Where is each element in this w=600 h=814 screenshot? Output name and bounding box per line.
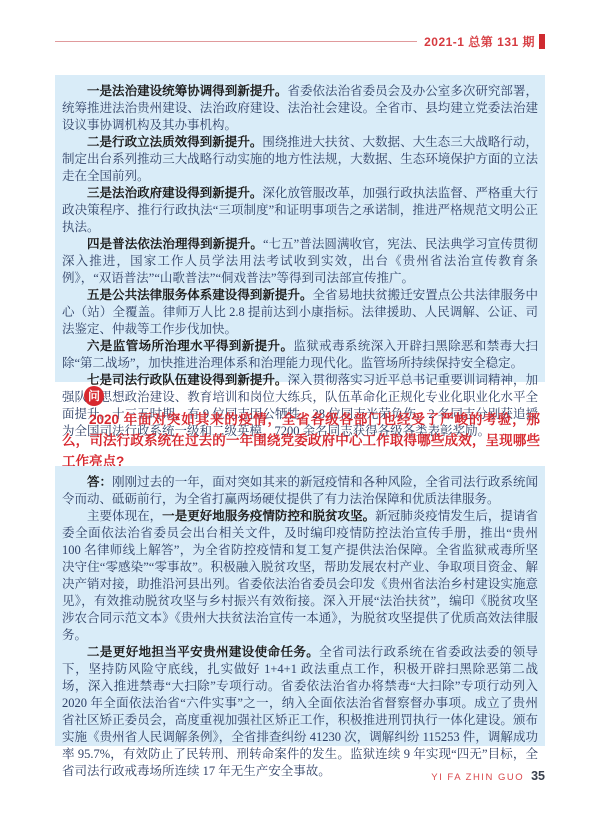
- report-paragraph: 六是监管场所治理水平得到新提升。监狱戒毒系统深入开辟扫黑除恶和禁毒大扫除“第二战…: [62, 338, 538, 372]
- question-text: 2020 年面对突如其来的疫情，全省各级各部门也经受了严峻的考验，那么，司法行政…: [62, 409, 540, 472]
- answer-paragraph: 主要体现在，一是更好地服务疫情防控和脱贫攻坚。新冠肺炎疫情发生后，提请省委全面依…: [62, 508, 538, 644]
- page-number: 35: [531, 769, 545, 783]
- paragraph-prefix: 主要体现在，: [87, 509, 162, 523]
- report-paragraph: 四是普法依法治理得到新提升。“七五”普法圆满收官，宪法、民法典学习宣传贯彻深入推…: [62, 236, 538, 287]
- answer-box: 答：刚刚过去的一年，面对突如其来的新冠疫情和各种风险，全省司法行政系统闻令而动、…: [55, 466, 545, 746]
- paragraph-lead: 三是法治政府建设得到新提升。: [87, 186, 262, 200]
- paragraph-lead: 答：: [87, 475, 112, 489]
- paragraph-body: 新冠肺炎疫情发生后，提请省委全面依法治省委员会出台相关文件，及时编印疫情防控法治…: [62, 509, 538, 642]
- paragraph-lead: 五是公共法律服务体系建设得到新提升。: [87, 288, 313, 302]
- report-paragraph: 二是行政立法质效得到新提升。围绕推进大扶贫、大数据、大生态三大战略行动，制定出台…: [62, 134, 538, 185]
- header-rule: [55, 41, 417, 42]
- paragraph-body: 刚刚过去的一年，面对突如其来的新冠疫情和各种风险，全省司法行政系统闻令而动、砥砺…: [62, 475, 538, 506]
- page-header: 2021-1 总第 131 期: [55, 31, 545, 51]
- paragraph-lead: 二是更好地担当平安贵州建设使命任务。: [87, 645, 319, 659]
- report-paragraph: 一是法治建设统筹协调得到新提升。省委依法治省委员会及办公室多次研究部署，统筹推进…: [62, 83, 538, 134]
- paragraph-lead: 二是行政立法质效得到新提升。: [87, 135, 262, 149]
- page-footer: YI FA ZHIN GUO 35: [431, 769, 545, 783]
- issue-end-block: [539, 34, 545, 49]
- journal-name: YI FA ZHIN GUO: [431, 772, 524, 783]
- report-highlights-box: 一是法治建设统筹协调得到新提升。省委依法治省委员会及办公室多次研究部署，统筹推进…: [55, 75, 545, 382]
- answer-paragraph: 答：刚刚过去的一年，面对突如其来的新冠疫情和各种风险，全省司法行政系统闻令而动、…: [62, 474, 538, 508]
- paragraph-lead: 七是司法行政队伍建设得到新提升。: [87, 373, 287, 387]
- answer-paragraph: 二是更好地担当平安贵州建设使命任务。全省司法行政系统在省委政法委的领导下，坚持防…: [62, 644, 538, 780]
- paragraph-lead: 一是更好地服务疫情防控和脱贫攻坚。: [162, 509, 375, 523]
- magazine-page: 2021-1 总第 131 期 一是法治建设统筹协调得到新提升。省委依法治省委员…: [0, 0, 600, 814]
- issue-label: 2021-1 总第 131 期: [424, 33, 535, 50]
- report-paragraph: 三是法治政府建设得到新提升。深化放管服改革，加强行政执法监督、严格重大行政决策程…: [62, 185, 538, 236]
- question-block: 问 2020 年面对突如其来的疫情，全省各级各部门也经受了严峻的考验，那么，司法…: [62, 386, 540, 472]
- paragraph-lead: 四是普法依法治理得到新提升。: [87, 237, 263, 251]
- paragraph-lead: 一是法治建设统筹协调得到新提升。: [87, 84, 287, 98]
- paragraph-body: 全省司法行政系统在省委政法委的领导下，坚持防风险守底线，扎实做好 1+4+1 政…: [62, 645, 538, 778]
- paragraph-lead: 六是监管场所治理水平得到新提升。: [87, 339, 293, 353]
- question-badge-icon: 问: [84, 386, 104, 406]
- report-paragraph: 五是公共法律服务体系建设得到新提升。全省易地扶贫搬迁安置点公共法律服务中心（站）…: [62, 287, 538, 338]
